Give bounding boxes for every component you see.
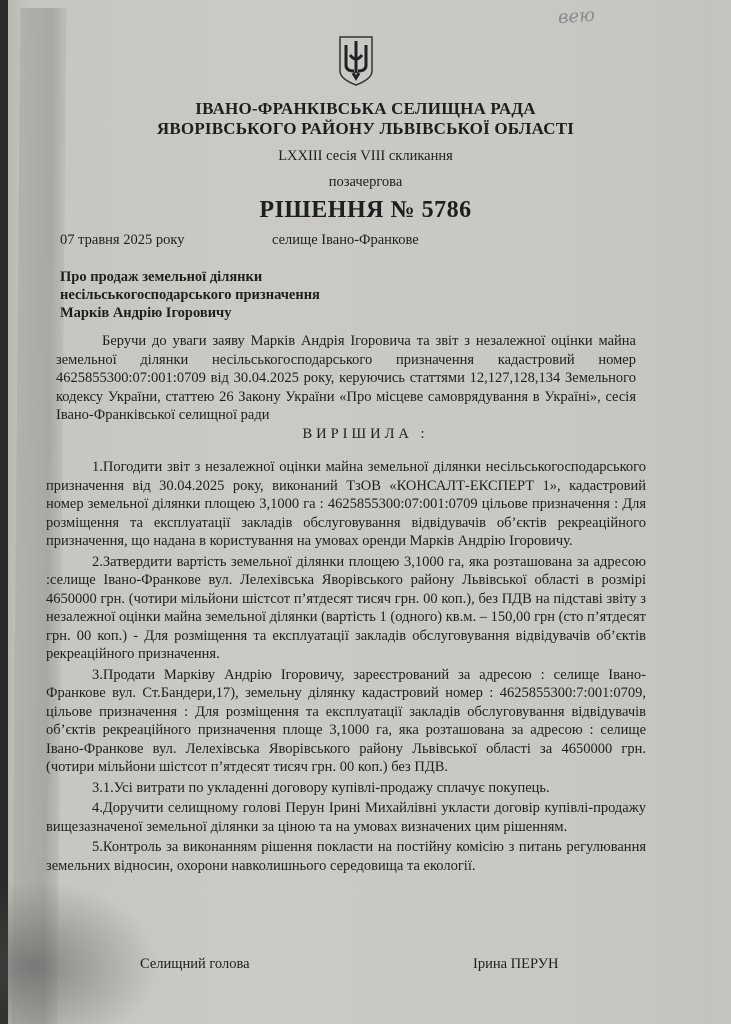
subject-line: Про продаж земельної ділянки (60, 268, 320, 286)
subject-line: несільськогосподарського призначення (60, 286, 320, 304)
subject-line: Марків Андрію Ігоровичу (60, 304, 320, 322)
resolved-heading: ВИРІШИЛА : (0, 426, 731, 443)
district-name: ЯВОРІВСЬКОГО РАЙОНУ ЛЬВІВСЬКОЇ ОБЛАСТІ (0, 119, 731, 139)
preamble-text: Беручи до уваги заяву Марків Андрія Ігор… (56, 332, 636, 425)
signatory-title: Селищний голова (140, 956, 250, 973)
decision-item-5: 5.Контроль за виконанням рішення покласт… (46, 838, 646, 875)
decision-place: селище Івано-Франкове (272, 232, 419, 249)
decision-title: РІШЕННЯ № 5786 (0, 197, 731, 224)
decision-item-4: 4.Доручити селищному голові Перун Ірині … (46, 799, 646, 836)
decision-subject: Про продаж земельної ділянки несільськог… (60, 268, 320, 322)
shadow (0, 880, 160, 1024)
decision-item-3: 3.Продати Марківу Андрію Ігоровичу, заре… (46, 666, 646, 777)
session-type: позачергова (0, 174, 731, 191)
signatory-name: Ірина ПЕРУН (473, 956, 558, 973)
decision-item-3-1: 3.1.Усі витрати по укладенні договору ку… (46, 779, 646, 798)
handwritten-note: вею (557, 5, 595, 29)
session-info: LXXIII сесія VIII скликання (0, 148, 731, 165)
decision-items: 1.Погодити звіт з незалежної оцінки майн… (46, 458, 646, 877)
decision-item-2: 2.Затвердити вартість земельної ділянки … (46, 553, 646, 664)
decision-item-1: 1.Погодити звіт з незалежної оцінки майн… (46, 458, 646, 551)
decision-date: 07 травня 2025 року (60, 232, 184, 249)
council-name: ІВАНО-ФРАНКІВСЬКА СЕЛИЩНА РАДА (0, 99, 731, 119)
trident-emblem-icon (336, 33, 376, 87)
preamble: Беручи до уваги заяву Марків Андрія Ігор… (56, 332, 636, 425)
